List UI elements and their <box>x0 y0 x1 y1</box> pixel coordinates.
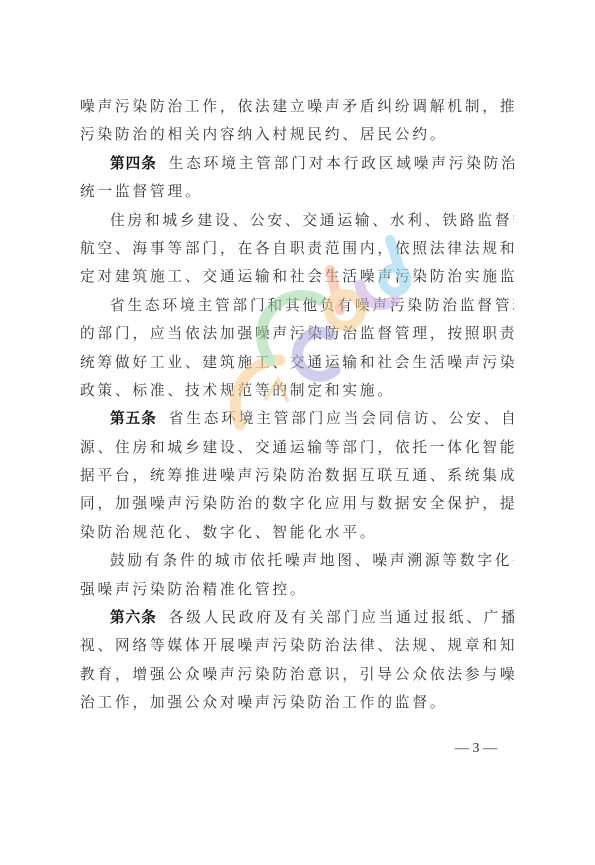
article-label: 第六条 <box>110 609 157 626</box>
text-line: 政策、标准、技术规范等的制定和实施。 <box>80 377 514 405</box>
text-line: 染防治规范化、数字化、智能化水平。 <box>80 519 514 547</box>
text-line: 同，加强噪声污染防治的数字化应用与数据安全保护，提升噪声污 <box>80 490 514 518</box>
text-line: 统一监督管理。 <box>80 178 514 206</box>
article-5-heading-line: 第五条省生态环境主管部门应当会同信访、公安、自然资 <box>80 405 514 433</box>
text-line: 视、网络等媒体开展噪声污染防治法律、法规、规章和知识的宣传 <box>80 632 514 660</box>
text-line: 鼓励有条件的城市依托噪声地图、噪声溯源等数字化手段，加 <box>80 547 514 575</box>
article-6-heading-line: 第六条各级人民政府及有关部门应当通过报纸、广播、电 <box>80 604 514 632</box>
text-line: 定对建筑施工、交通运输和社会生活噪声污染防治实施监督管理。 <box>80 263 514 291</box>
page-number: — 3 — <box>455 741 497 757</box>
article-text: 生态环境主管部门对本行政区域噪声污染防治实施 <box>169 155 514 172</box>
text-line: 噪声污染防治工作，依法建立噪声矛盾纠纷调解机制，推动将噪声 <box>80 93 514 121</box>
article-text: 省生态环境主管部门应当会同信访、公安、自然资 <box>169 410 514 427</box>
article-label: 第四条 <box>110 155 157 172</box>
text-line: 的部门，应当依法加强噪声污染防治监督管理，按照职责和权限， <box>80 320 514 348</box>
text-line: 航空、海事等部门，在各自职责范围内，依照法律法规和本办法规 <box>80 235 514 263</box>
article-label: 第五条 <box>110 410 157 427</box>
text-line: 据平台，统筹推进噪声污染防治数据互联互通、系统集成与业务协 <box>80 462 514 490</box>
text-line: 教育，增强公众噪声污染防治意识，引导公众依法参与噪声污染防 <box>80 661 514 689</box>
text-line: 源、住房和城乡建设、交通运输等部门，依托一体化智能化公共数 <box>80 434 514 462</box>
text-line: 住房和城乡建设、公安、交通运输、水利、铁路监督管理、民用 <box>80 207 514 235</box>
text-line: 统筹做好工业、建筑施工、交通运输和社会生活噪声污染防治相关 <box>80 349 514 377</box>
text-line: 污染防治的相关内容纳入村规民约、居民公约。 <box>80 121 514 149</box>
article-4-heading-line: 第四条生态环境主管部门对本行政区域噪声污染防治实施 <box>80 150 514 178</box>
article-text: 各级人民政府及有关部门应当通过报纸、广播、电 <box>169 609 514 626</box>
document-page: 噪声污染防治工作，依法建立噪声矛盾纠纷调解机制，推动将噪声 污染防治的相关内容纳… <box>0 0 595 865</box>
text-line: 强噪声污染防治精准化管控。 <box>80 576 514 604</box>
document-body: 噪声污染防治工作，依法建立噪声矛盾纠纷调解机制，推动将噪声 污染防治的相关内容纳… <box>80 93 514 718</box>
text-line: 省生态环境主管部门和其他负有噪声污染防治监督管理职责 <box>80 292 514 320</box>
text-line: 治工作，加强公众对噪声污染防治工作的监督。 <box>80 689 514 717</box>
